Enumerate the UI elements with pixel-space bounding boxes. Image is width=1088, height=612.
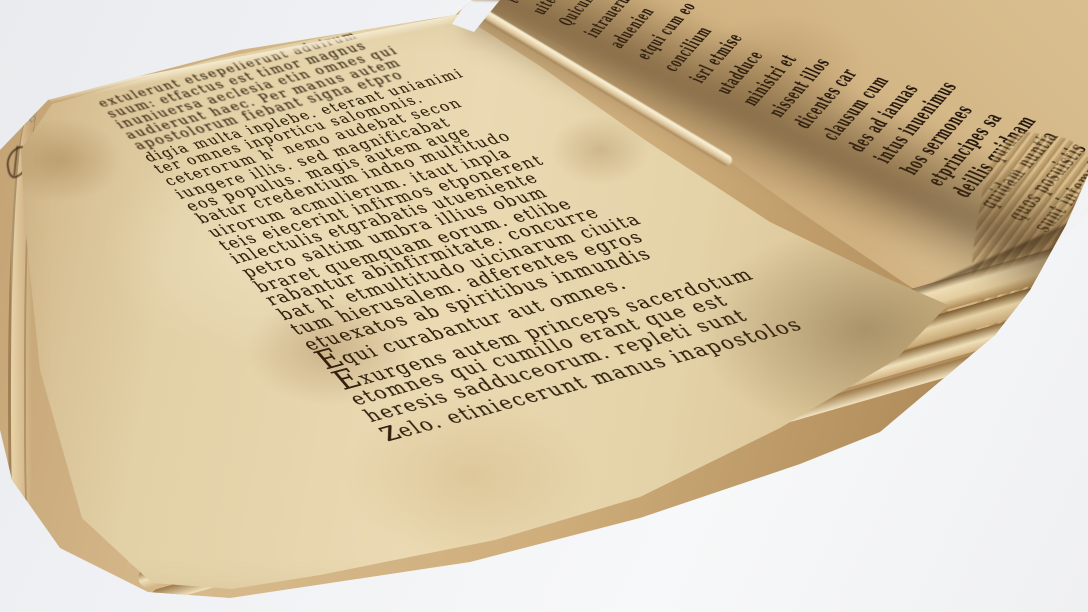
photo-scene: templo po uite huius Quicum audis intrau…: [0, 0, 1088, 612]
